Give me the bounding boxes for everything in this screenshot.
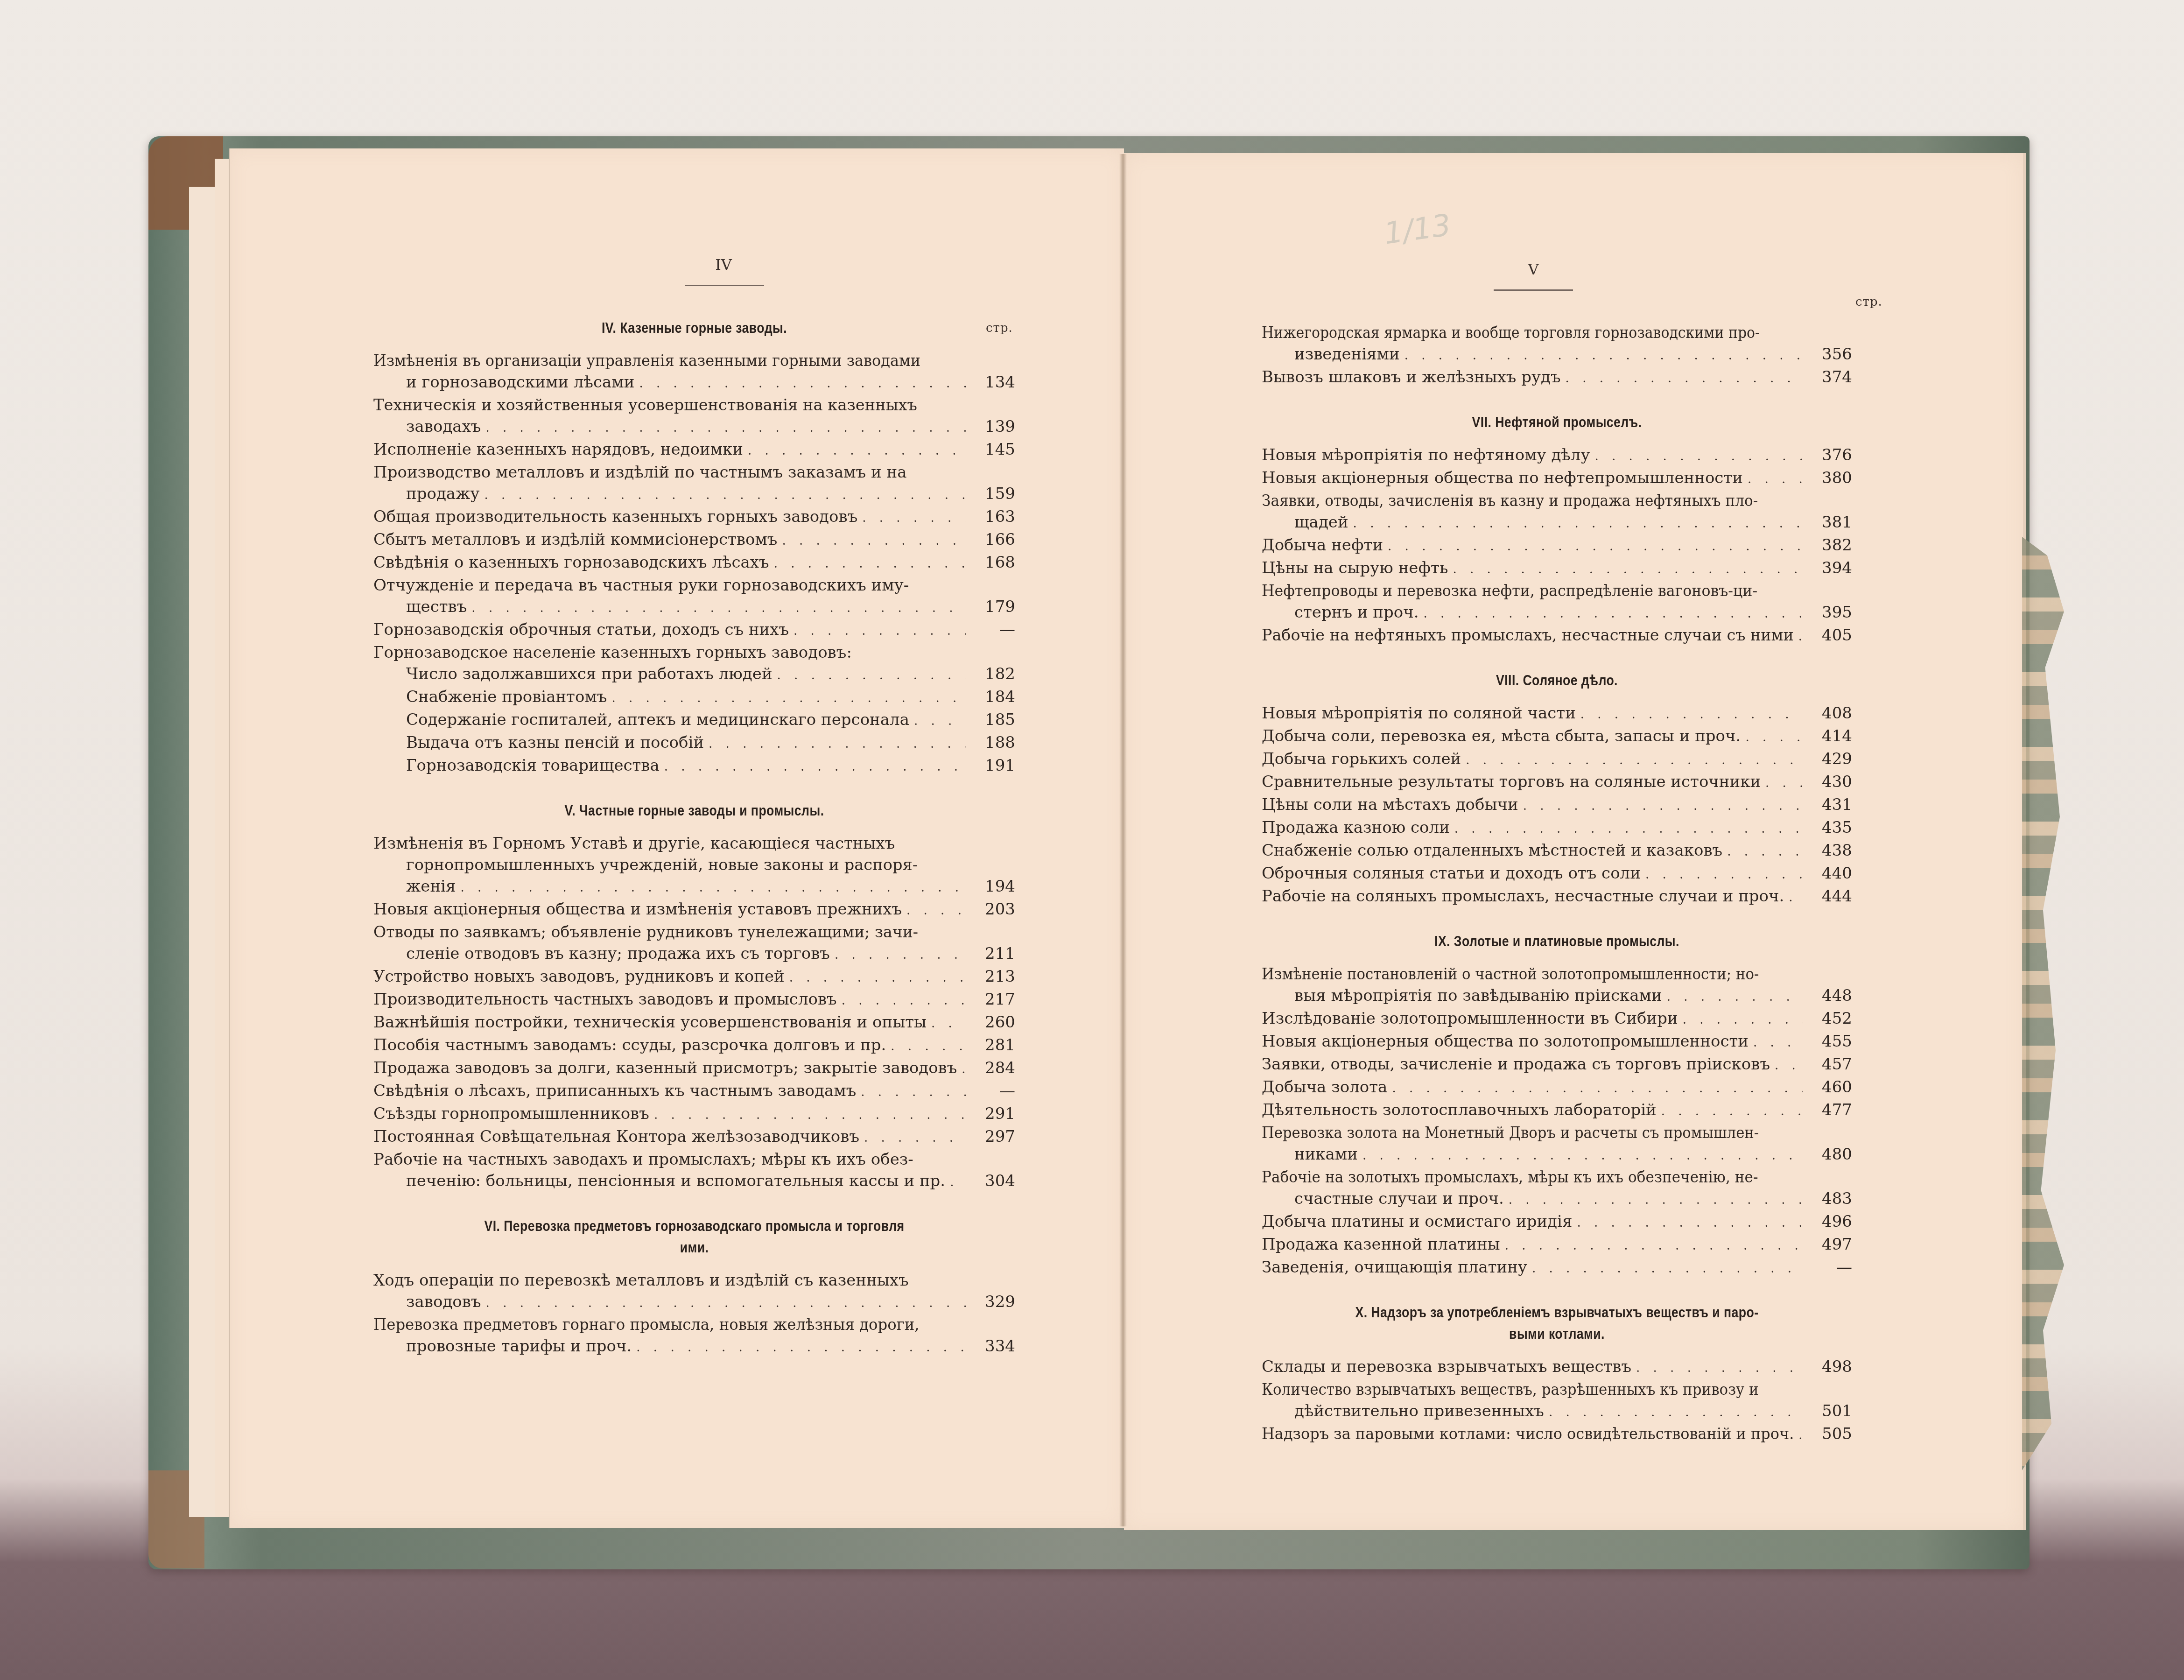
page-number: 356 — [1808, 344, 1852, 365]
toc-entry: Рабочіе на частныхъ заводахъ и промыслах… — [373, 1149, 1015, 1193]
page-number: 139 — [971, 416, 1015, 437]
dot-leader — [709, 733, 966, 755]
entry-title-text: Надзоръ за паровыми котлами: число освид… — [1262, 1423, 1794, 1445]
entry-title-text: Новыя акціонерныя общества по нефтепромы… — [1262, 467, 1743, 489]
dot-leader — [1798, 626, 1803, 647]
toc-entry-line: Важнѣйшія постройки, техническія усоверш… — [373, 1012, 1015, 1034]
page-number: 480 — [1808, 1144, 1852, 1165]
toc-entry-line: Надзоръ за паровыми котлами: число освид… — [1262, 1423, 1852, 1446]
entry-title-text: Добыча горькихъ солей — [1262, 748, 1461, 770]
toc-entry: Рабочіе на соляныхъ промыслахъ, несчастн… — [1262, 886, 1852, 908]
dot-leader — [1405, 345, 1803, 366]
page-number: 188 — [971, 732, 1015, 753]
page-number: 213 — [971, 966, 1015, 987]
dot-leader — [1594, 446, 1803, 467]
toc-entry-line: Рабочіе на нефтяныхъ промыслахъ, несчаст… — [1262, 625, 1852, 647]
toc-entry-line: Сбытъ металловъ и издѣлій коммисіонерств… — [373, 529, 1015, 552]
page-number: 496 — [1808, 1211, 1852, 1232]
dot-leader — [611, 688, 966, 709]
entry-title-text: Свѣдѣнія о казенныхъ горнозаводскихъ лѣс… — [373, 552, 769, 573]
page-number: 497 — [1808, 1234, 1852, 1255]
toc-entry-line: Добыча соли, перевозка ея, мѣста сбыта, … — [1262, 725, 1852, 748]
page-number: 505 — [1808, 1423, 1852, 1445]
dot-leader — [794, 620, 966, 642]
entry-title-text: Отводы по заявкамъ; объявленіе рудниковъ… — [373, 921, 966, 943]
entry-title-text: изведеніями — [1294, 344, 1400, 365]
toc-entry-line: Свѣдѣнія о лѣсахъ, приписанныхъ къ частн… — [373, 1080, 1015, 1103]
page-number: 163 — [971, 506, 1015, 527]
entry-title-text: и горнозаводскими лѣсами — [406, 372, 634, 393]
entry-title-text: дѣйствительно привезенныхъ — [1294, 1400, 1544, 1422]
dot-leader — [1667, 986, 1803, 1008]
dot-leader — [485, 417, 966, 439]
entry-title-text: стернъ и проч. — [1294, 602, 1419, 623]
entry-title-text: Отчужденіе и передача въ частныя руки го… — [373, 575, 958, 596]
dot-leader — [842, 990, 966, 1012]
toc-entry-line: Изслѣдованіе золотопромышленности въ Сиб… — [1262, 1008, 1852, 1031]
page-number: 211 — [971, 943, 1015, 964]
page-number: 382 — [1808, 534, 1852, 556]
toc-entry: Заведенія, очищающія платину— — [1262, 1257, 1852, 1279]
toc-entry: Дѣятельность золотосплавочныхъ лаборатор… — [1262, 1099, 1852, 1122]
page-number: 185 — [971, 709, 1015, 731]
entry-title-text: Измѣненія въ Горномъ Уставѣ и другіе, ка… — [373, 833, 944, 854]
dot-leader — [862, 507, 966, 529]
dot-leader — [1523, 795, 1803, 817]
toc-entry-line: Выдача отъ казны пенсій и пособій188 — [373, 732, 1015, 755]
toc-entry-line: счастные случаи и проч.483 — [1262, 1188, 1852, 1211]
toc-entry-line-wrapped: Ходъ операціи по перевозкѣ металловъ и и… — [373, 1270, 1015, 1291]
dot-leader — [1392, 1078, 1803, 1099]
toc-entry-line: и горнозаводскими лѣсами134 — [373, 372, 1015, 394]
section-title: V. Частные горные заводы и промыслы. — [418, 800, 970, 822]
toc-entry-line: Новыя акціонерныя общества по нефтепромы… — [1262, 467, 1852, 490]
dot-leader — [1466, 750, 1803, 771]
toc-entry-line: Склады и перевозка взрывчатыхъ веществъ4… — [1262, 1356, 1852, 1379]
entry-title-text: Заявки, отводы, зачисленія въ казну и пр… — [1262, 490, 1803, 512]
dot-leader — [748, 440, 966, 462]
spacer — [1262, 433, 1852, 444]
page-number: 168 — [971, 552, 1015, 573]
entry-title-text: Сбытъ металловъ и издѣлій коммисіонерств… — [373, 529, 778, 550]
entry-title-text: Горнозаводскія оброчныя статьи, доходъ с… — [373, 619, 789, 640]
entry-title-text: счастные случаи и проч. — [1294, 1188, 1504, 1209]
toc-entry: Заявки, отводы, зачисленіе и продажа съ … — [1262, 1054, 1852, 1076]
toc-entry-line: Дѣятельность золотосплавочныхъ лаборатор… — [1262, 1099, 1852, 1122]
page-number: 408 — [1808, 703, 1852, 724]
page-number: 145 — [971, 439, 1015, 460]
page-number: — — [971, 619, 1015, 640]
page-number: 444 — [1808, 886, 1852, 907]
dot-leader — [484, 485, 966, 506]
toc-entry: Нижегородская ярмарка и вообще торговля … — [1262, 322, 1852, 366]
page-number: 435 — [1808, 817, 1852, 838]
toc-entry-line: никами480 — [1262, 1144, 1852, 1167]
toc-entry: Измѣненіе постановленій о частной золото… — [1262, 963, 1852, 1008]
toc-entry: Изслѣдованіе золотопромышленности въ Сиб… — [1262, 1008, 1852, 1031]
toc-entry: Цѣны на сырую нефть394 — [1262, 557, 1852, 580]
toc-entry: Отчужденіе и передача въ частныя руки го… — [373, 575, 1015, 619]
dot-leader — [1789, 887, 1803, 908]
spacer — [373, 822, 1015, 833]
dot-leader — [1636, 1357, 1803, 1379]
dot-leader — [1577, 1212, 1803, 1234]
toc-entry: Свѣдѣнія о казенныхъ горнозаводскихъ лѣс… — [373, 552, 1015, 575]
dot-leader — [1388, 536, 1803, 557]
dot-leader — [1775, 1055, 1803, 1076]
book-gutter — [1119, 154, 1127, 1526]
entry-title-text: Устройство новыхъ заводовъ, рудниковъ и … — [373, 966, 785, 987]
toc-entry-line: Снабженіе солью отдаленныхъ мѣстностей и… — [1262, 840, 1852, 863]
entry-title-text: Добыча платины и осмистаго иридія — [1262, 1211, 1572, 1232]
toc-entry-line-wrapped: Отчужденіе и передача въ частныя руки го… — [373, 575, 1015, 596]
toc-entry-line: Продажа казенной платины497 — [1262, 1234, 1852, 1257]
toc-entry-line: печенію: больницы, пенсіонныя и вспомога… — [373, 1170, 1015, 1193]
toc-entry-line-wrapped: Измѣненіе постановленій о частной золото… — [1262, 963, 1852, 985]
dot-leader — [1362, 1145, 1803, 1167]
entry-title-text: Вывозъ шлаковъ и желѣзныхъ рудъ — [1262, 366, 1561, 388]
entry-title-text: Ходъ операціи по перевозкѣ металловъ и и… — [373, 1270, 958, 1291]
toc-entry: Постоянная Совѣщательная Контора желѣзоз… — [373, 1126, 1015, 1149]
dot-leader — [639, 373, 966, 394]
page-number: 134 — [971, 372, 1015, 393]
entry-title-text: щадей — [1294, 512, 1348, 533]
toc-entry-line: Добыча платины и осмистаго иридія496 — [1262, 1211, 1852, 1234]
entry-title-text: Новыя акціонерныя общества и измѣненія у… — [373, 899, 902, 920]
page-number: — — [971, 1080, 1015, 1102]
entry-title-text: Изслѣдованіе золотопромышленности въ Сиб… — [1262, 1008, 1678, 1029]
toc-entry-line: Оброчныя соляныя статьи и доходъ отъ сол… — [1262, 863, 1852, 886]
entry-title-text: Продажа казенной платины — [1262, 1234, 1500, 1255]
page-number: 304 — [971, 1170, 1015, 1192]
toc-entry: Техническія и хозяйственныя усовершенств… — [373, 394, 1015, 439]
toc-entry: Горнозаводскія оброчныя статьи, доходъ с… — [373, 619, 1015, 642]
section-title-cont: ими. — [418, 1237, 970, 1258]
toc-entry: Продажа казенной платины497 — [1262, 1234, 1852, 1257]
spacer — [1262, 1279, 1852, 1302]
toc-entry: Число задолжавшихся при работахъ людей18… — [373, 663, 1015, 686]
toc-entry-line: провозные тарифы и проч.334 — [373, 1336, 1015, 1358]
dot-leader — [861, 1082, 966, 1103]
entry-title-text: Горнозаводскія товарищества — [406, 755, 660, 776]
page-number: 297 — [971, 1126, 1015, 1147]
spacer — [373, 1258, 1015, 1270]
page-number: 457 — [1808, 1054, 1852, 1075]
dot-leader — [1453, 559, 1803, 580]
dot-leader — [471, 597, 966, 619]
toc-entry-line-wrapped: Производство металловъ и издѣлій по част… — [373, 462, 1015, 483]
page-number: 405 — [1808, 625, 1852, 646]
dot-leader — [950, 1172, 966, 1193]
toc-entry-line: Горнозаводское населеніе казенныхъ горны… — [373, 642, 1015, 663]
toc-entry-line: Добыча горькихъ солей429 — [1262, 748, 1852, 771]
page-number: 460 — [1808, 1076, 1852, 1098]
dot-leader — [835, 944, 966, 966]
page-number: 260 — [971, 1012, 1015, 1033]
toc-entry-line: Общая производительность казенныхъ горны… — [373, 506, 1015, 529]
entry-title-text: Сравнительные результаты торговъ на соля… — [1262, 771, 1761, 793]
page-number: 438 — [1808, 840, 1852, 861]
section-title: IX. Золотые и платиновые промыслы. — [1303, 931, 1811, 952]
page-number: 329 — [971, 1291, 1015, 1313]
entry-title-text: Перевозка золота на Монетный Дворъ и рас… — [1262, 1122, 1803, 1144]
dot-leader — [486, 1293, 966, 1314]
entry-title-text: сленіе отводовъ въ казну; продажа ихъ съ… — [406, 943, 830, 964]
toc-entry-line: Добыча золота460 — [1262, 1076, 1852, 1099]
toc-entry: Сравнительные результаты торговъ на соля… — [1262, 771, 1852, 794]
page-number: 374 — [1808, 366, 1852, 388]
dot-leader — [891, 1036, 966, 1057]
page-number: 429 — [1808, 748, 1852, 770]
toc-entry-line-wrapped: Техническія и хозяйственныя усовершенств… — [373, 394, 1015, 416]
toc-entry: Горнозаводское населеніе казенныхъ горны… — [373, 642, 1015, 663]
toc-entry: Общая производительность казенныхъ горны… — [373, 506, 1015, 529]
entry-title-text: Новыя акціонерныя общества по золотопром… — [1262, 1031, 1749, 1052]
toc-entry: Цѣны соли на мѣстахъ добычи431 — [1262, 794, 1852, 817]
dot-leader — [1549, 1402, 1803, 1423]
toc-entry: Производство металловъ и издѣлій по част… — [373, 462, 1015, 506]
toc-entry: Содержаніе госпиталей, аптекъ и медицинс… — [373, 709, 1015, 732]
toc-entry: Нефтепроводы и перевозка нефти, распредѣ… — [1262, 580, 1852, 625]
toc-entry-line: сленіе отводовъ въ казну; продажа ихъ съ… — [373, 943, 1015, 966]
torn-page-edge — [2022, 537, 2064, 1470]
toc-entry-line: Заявки, отводы, зачисленіе и продажа съ … — [1262, 1054, 1852, 1076]
toc-entry: Новыя акціонерныя общества по золотопром… — [1262, 1031, 1852, 1054]
dot-leader — [777, 665, 966, 686]
dot-leader — [1509, 1189, 1803, 1211]
entry-title-text: Содержаніе госпиталей, аптекъ и медицинс… — [406, 709, 909, 731]
dot-leader — [1727, 841, 1803, 863]
toc-entry-line: Продажа заводовъ за долги, казенный прис… — [373, 1057, 1015, 1080]
left-folio: IV — [695, 256, 751, 274]
entry-title-text: Выдача отъ казны пенсій и пособій — [406, 732, 704, 753]
entry-title-text: Заявки, отводы, зачисленіе и продажа съ … — [1262, 1054, 1770, 1075]
toc-entry-line-wrapped: Заявки, отводы, зачисленія въ казну и пр… — [1262, 490, 1852, 512]
entry-title-text: Новыя мѣропріятія по нефтяному дѣлу — [1262, 444, 1590, 466]
toc-entry-line: Производительность частныхъ заводовъ и п… — [373, 989, 1015, 1012]
page-number: 281 — [971, 1034, 1015, 1056]
toc-entry: Рабочіе на золотыхъ промыслахъ, мѣры къ … — [1262, 1167, 1852, 1211]
toc-entry-line-wrapped: горнопромышленныхъ учрежденій, новые зак… — [373, 854, 1015, 876]
toc-entry: Исполненіе казенныхъ нарядовъ, недоимки1… — [373, 439, 1015, 462]
toc-entry-line: заводахъ139 — [373, 416, 1015, 439]
dot-leader — [864, 1127, 966, 1149]
toc-entry-line: продажу159 — [373, 483, 1015, 506]
dot-leader — [1748, 469, 1803, 490]
entry-title-text: Рабочіе на частныхъ заводахъ и промыслах… — [373, 1149, 962, 1170]
entry-title-text: Производство металловъ и издѣлій по част… — [373, 462, 955, 483]
toc-entry: Ходъ операціи по перевозкѣ металловъ и и… — [373, 1270, 1015, 1314]
entry-title-text: Измѣненія въ организаціи управленія казе… — [373, 350, 967, 372]
entry-title-text: Заведенія, очищающія платину — [1262, 1257, 1527, 1278]
entry-title-text: Добыча золота — [1262, 1076, 1387, 1098]
section-title: IV. Казенные горные заводы. — [418, 317, 970, 339]
toc-entry: Склады и перевозка взрывчатыхъ веществъ4… — [1262, 1356, 1852, 1379]
toc-entry-line-wrapped: Измѣненія въ Горномъ Уставѣ и другіе, ка… — [373, 833, 1015, 854]
entry-title-text: Исполненіе казенныхъ нарядовъ, недоимки — [373, 439, 743, 460]
page-number: 159 — [971, 483, 1015, 505]
toc-entry: Перевозка золота на Монетный Дворъ и рас… — [1262, 1122, 1852, 1167]
entry-title-text: Горнозаводское населеніе казенныхъ горны… — [373, 642, 852, 663]
toc-entry: Выдача отъ казны пенсій и пособій188 — [373, 732, 1015, 755]
toc-entry-line: Новыя мѣропріятія по нефтяному дѣлу376 — [1262, 444, 1852, 467]
page-number: 452 — [1808, 1008, 1852, 1029]
page-number: 414 — [1808, 725, 1852, 747]
folio-rule — [1494, 289, 1573, 291]
page-number: 194 — [971, 876, 1015, 897]
toc-entry: Добыча горькихъ солей429 — [1262, 748, 1852, 771]
toc-entry: Количество взрывчатыхъ веществъ, разрѣше… — [1262, 1379, 1852, 1423]
toc-entry: Добыча соли, перевозка ея, мѣста сбыта, … — [1262, 725, 1852, 748]
toc-entry-line: дѣйствительно привезенныхъ501 — [1262, 1400, 1852, 1423]
toc-entry: Вывозъ шлаковъ и желѣзныхъ рудъ374 — [1262, 366, 1852, 389]
dot-leader — [636, 1337, 966, 1358]
toc-entry: Рабочіе на нефтяныхъ промыслахъ, несчаст… — [1262, 625, 1852, 647]
toc-entry-line: Цѣны соли на мѣстахъ добычи431 — [1262, 794, 1852, 817]
spacer — [373, 1193, 1015, 1216]
page-number: 291 — [971, 1103, 1015, 1125]
toc-entry-line-wrapped: Перевозка золота на Монетный Дворъ и рас… — [1262, 1122, 1852, 1144]
toc-entry: Новыя акціонерныя общества по нефтепромы… — [1262, 467, 1852, 490]
dot-leader — [1745, 727, 1803, 748]
toc-entry-line: Исполненіе казенныхъ нарядовъ, недоимки1… — [373, 439, 1015, 462]
toc-entry-line: Цѣны на сырую нефть394 — [1262, 557, 1852, 580]
entry-title-text: Съѣзды горнопромышленниковъ — [373, 1103, 649, 1125]
dot-leader — [664, 756, 966, 778]
dot-leader — [789, 967, 966, 989]
toc-entry-line-wrapped: Рабочіе на золотыхъ промыслахъ, мѣры къ … — [1262, 1167, 1852, 1188]
toc-entry: Оброчныя соляныя статьи и доходъ отъ сол… — [1262, 863, 1852, 886]
spacer — [373, 778, 1015, 800]
toc-entry-line-wrapped: Рабочіе на частныхъ заводахъ и промыслах… — [373, 1149, 1015, 1170]
toc-entry-line: заводовъ329 — [373, 1291, 1015, 1314]
entry-title-text: Снабженіе солью отдаленныхъ мѣстностей и… — [1262, 840, 1722, 861]
entry-title-text: Техническія и хозяйственныя усовершенств… — [373, 394, 966, 416]
toc-entry: Отводы по заявкамъ; объявленіе рудниковъ… — [373, 921, 1015, 966]
entry-title-text: Производительность частныхъ заводовъ и п… — [373, 989, 837, 1010]
entry-title-text: женія — [406, 876, 456, 897]
page-number: 182 — [971, 663, 1015, 685]
entry-title-text: Оброчныя соляныя статьи и доходъ отъ сол… — [1262, 863, 1641, 884]
page-number: 179 — [971, 596, 1015, 618]
page-number: 380 — [1808, 467, 1852, 489]
toc-entry-line: Постоянная Совѣщательная Контора желѣзоз… — [373, 1126, 1015, 1149]
spacer — [1262, 908, 1852, 931]
dot-leader — [914, 710, 966, 732]
toc-entry-line: щадей381 — [1262, 512, 1852, 534]
toc-entry-line: Новыя акціонерныя общества по золотопром… — [1262, 1031, 1852, 1054]
toc-entry: Измѣненія въ организаціи управленія казе… — [373, 350, 1015, 394]
dot-leader — [1580, 704, 1803, 725]
toc-entry-line: Новыя мѣропріятія по соляной части408 — [1262, 703, 1852, 725]
toc-entry-line-wrapped: Измѣненія въ организаціи управленія казе… — [373, 350, 1015, 372]
spacer — [1262, 647, 1852, 670]
entry-title-text: заводовъ — [406, 1291, 481, 1313]
toc-entry: Горнозаводскія товарищества191 — [373, 755, 1015, 778]
page-number: 448 — [1808, 985, 1852, 1006]
toc-entry: Добыча платины и осмистаго иридія496 — [1262, 1211, 1852, 1234]
toc-entry-line: Продажа казною соли435 — [1262, 817, 1852, 840]
entry-title-text: никами — [1294, 1144, 1358, 1165]
toc-entry-line-wrapped: Количество взрывчатыхъ веществъ, разрѣше… — [1262, 1379, 1852, 1400]
entry-title-text: Продажа заводовъ за долги, казенный прис… — [373, 1057, 957, 1079]
page-number: 440 — [1808, 863, 1852, 884]
toc-entry-line: ществъ179 — [373, 596, 1015, 619]
toc-entry-line: Снабженіе провіантомъ184 — [373, 686, 1015, 709]
toc-entry: Надзоръ за паровыми котлами: число освид… — [1262, 1423, 1852, 1446]
page-number: 191 — [971, 755, 1015, 776]
entry-title-text: Постоянная Совѣщательная Контора желѣзоз… — [373, 1126, 859, 1147]
page-number: 284 — [971, 1057, 1015, 1079]
entry-title-text: Добыча соли, перевозка ея, мѣста сбыта, … — [1262, 725, 1741, 747]
toc-entry-line-wrapped: Отводы по заявкамъ; объявленіе рудниковъ… — [373, 921, 1015, 943]
dot-leader — [906, 900, 966, 921]
entry-title-text: Рабочіе на нефтяныхъ промыслахъ, несчаст… — [1262, 625, 1794, 646]
entry-title-text: горнопромышленныхъ учрежденій, новые зак… — [406, 854, 966, 876]
page-number: 217 — [971, 989, 1015, 1010]
spacer — [1262, 1345, 1852, 1356]
entry-title-text: печенію: больницы, пенсіонныя и вспомога… — [406, 1170, 945, 1192]
folio-rule — [685, 285, 764, 286]
toc-entry-line-wrapped: Нижегородская ярмарка и вообще торговля … — [1262, 322, 1852, 344]
toc-entry: Перевозка предметовъ горнаго промысла, н… — [373, 1314, 1015, 1358]
section-title: VIII. Соляное дѣло. — [1303, 670, 1811, 691]
entry-title-text: Пособія частнымъ заводамъ: ссуды, разсро… — [373, 1034, 886, 1056]
dot-leader — [1645, 864, 1803, 886]
entry-title-text: Цѣны соли на мѣстахъ добычи — [1262, 794, 1518, 815]
page-number: 430 — [1808, 771, 1852, 793]
entry-title-text: Нефтепроводы и перевозка нефти, распредѣ… — [1262, 580, 1803, 602]
spacer — [1262, 952, 1852, 963]
toc-right-column: Нижегородская ярмарка и вообще торговля … — [1262, 322, 1852, 1446]
toc-entry: Добыча золота460 — [1262, 1076, 1852, 1099]
page-column-label: стр. — [1855, 295, 1882, 309]
entry-title-text: Рабочіе на соляныхъ промыслахъ, несчастн… — [1262, 886, 1784, 907]
right-folio: V — [1505, 260, 1561, 278]
dot-leader — [962, 1059, 966, 1080]
page-number: 431 — [1808, 794, 1852, 815]
page-number: 334 — [971, 1336, 1015, 1357]
toc-entry: Измѣненія въ Горномъ Уставѣ и другіе, ка… — [373, 833, 1015, 899]
entry-title-text: Цѣны на сырую нефть — [1262, 557, 1448, 579]
toc-entry: Снабженіе провіантомъ184 — [373, 686, 1015, 709]
entry-title-text: Рабочіе на золотыхъ промыслахъ, мѣры къ … — [1262, 1167, 1803, 1188]
entry-title-text: Продажа казною соли — [1262, 817, 1450, 838]
page-number: 455 — [1808, 1031, 1852, 1052]
section-title: VI. Перевозка предметовъ горнозаводскаго… — [418, 1216, 970, 1237]
toc-entry-line: Устройство новыхъ заводовъ, рудниковъ и … — [373, 966, 1015, 989]
dot-leader — [1505, 1235, 1803, 1257]
toc-entry: Снабженіе солью отдаленныхъ мѣстностей и… — [1262, 840, 1852, 863]
entry-title-text: Количество взрывчатыхъ веществъ, разрѣше… — [1262, 1379, 1803, 1400]
page-number: 381 — [1808, 512, 1852, 533]
dot-leader — [1661, 1101, 1803, 1122]
toc-entry: Заявки, отводы, зачисленія въ казну и пр… — [1262, 490, 1852, 534]
dot-leader — [1454, 818, 1803, 840]
spacer — [1262, 691, 1852, 703]
toc-entry-line: изведеніями356 — [1262, 344, 1852, 366]
page-number: 395 — [1808, 602, 1852, 623]
dot-leader — [1566, 368, 1803, 389]
dot-leader — [654, 1104, 966, 1126]
toc-entry: Новыя мѣропріятія по соляной части408 — [1262, 703, 1852, 725]
spacer — [1262, 389, 1852, 412]
toc-entry-line: Заведенія, очищающія платину— — [1262, 1257, 1852, 1279]
entry-title-text: Дѣятельность золотосплавочныхъ лаборатор… — [1262, 1099, 1657, 1121]
dot-leader — [460, 877, 966, 899]
toc-entry: Сбытъ металловъ и издѣлій коммисіонерств… — [373, 529, 1015, 552]
dot-leader — [1753, 1032, 1803, 1054]
